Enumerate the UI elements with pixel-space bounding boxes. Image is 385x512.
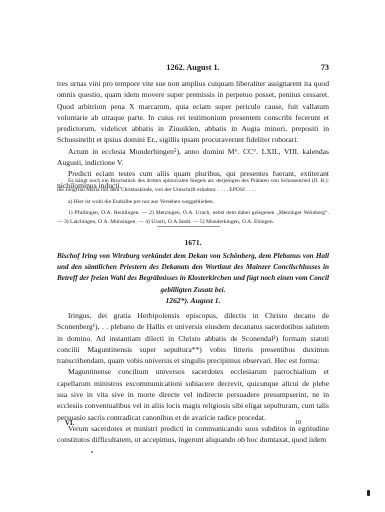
page-number: 73 bbox=[321, 63, 329, 72]
footnote-a: a) Hier ist wohl die Endsilbe pre nur au… bbox=[57, 198, 329, 207]
paragraph: tres urnas vini pro tempore vite sue non… bbox=[57, 78, 329, 146]
sheet-mark: 10 bbox=[295, 420, 301, 426]
seal-note: Es hängt noch ein Bruchstück des dritten… bbox=[57, 177, 329, 196]
running-head-date: 1262. August 1. bbox=[57, 63, 329, 72]
running-head: 1262. August 1. 73 bbox=[57, 63, 329, 75]
footnotes-numbered: 1) Pfullingen, O.A. Reutlingen. — 2) Met… bbox=[57, 209, 329, 228]
document-date: 1262*). August 1. bbox=[57, 296, 329, 305]
notes-block: Es hängt noch ein Bruchstück des dritten… bbox=[57, 177, 329, 227]
volume-mark: VI. bbox=[65, 420, 74, 427]
document-regest: Bischof Iring von Wirzburg verkündet dem… bbox=[57, 251, 329, 296]
printer-signature: VI. 10 bbox=[57, 420, 329, 430]
paragraph-council-decree: Maguntinense concilium universos sacerdo… bbox=[57, 366, 329, 422]
document-number: 1671. bbox=[57, 238, 329, 247]
scan-speck bbox=[367, 490, 370, 496]
section-divider bbox=[157, 226, 220, 227]
paragraph-actum: Actum in ecclesia Munderhingen⁵), anno d… bbox=[57, 146, 329, 169]
paragraph-salutation: Iringus, dei gratia Herbipolensis episco… bbox=[57, 310, 329, 366]
continued-charter-text: tres urnas vini pro tempore vite sue non… bbox=[57, 78, 329, 191]
scan-speck bbox=[91, 451, 93, 453]
